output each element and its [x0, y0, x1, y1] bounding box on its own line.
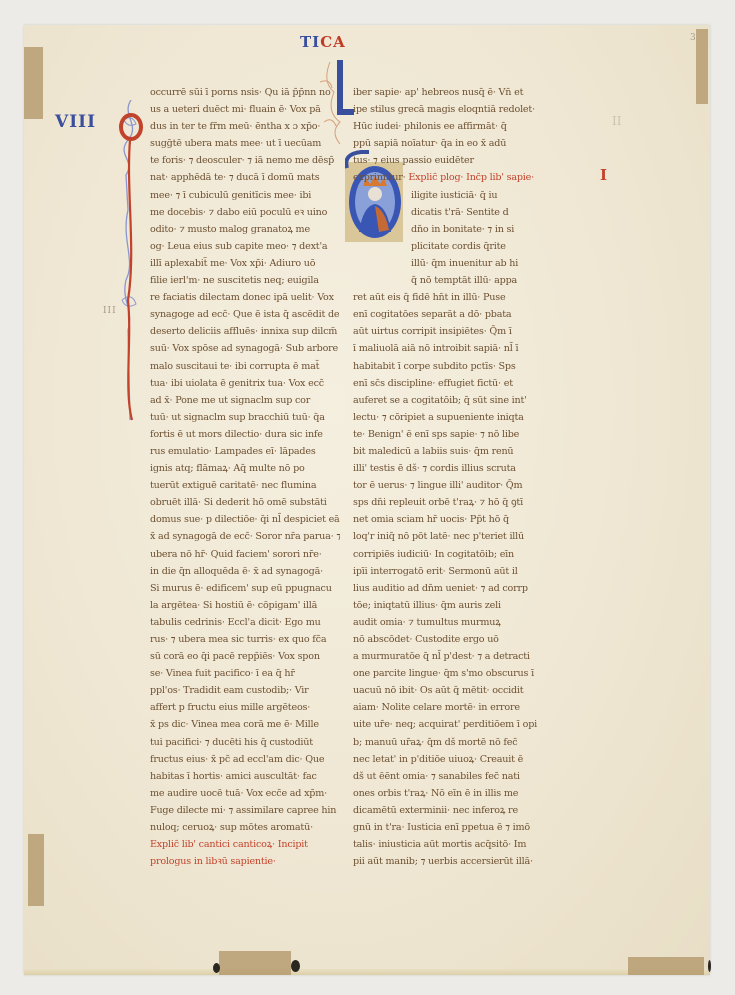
text-line: suū· Vox spōse ad synagogā· Sub arbore: [150, 340, 340, 357]
margin-mark-red: I: [600, 166, 607, 184]
text-line: fructus eius· x̄ pc̄ ad eccl'am dic· Que: [150, 751, 340, 768]
text-line: me docebis· ⁊ dabo eiū poculū eꝛ uino: [150, 204, 340, 221]
running-head: TICA: [300, 33, 346, 51]
text-line: odito· ⁊ musto malog granatoꝝ me: [150, 221, 340, 238]
text-line: sugḡtē ubera mats mee· ut ī uecūam: [150, 135, 340, 152]
text-line: illi' testis ē dš· ⁊ cordis illius scrut…: [353, 460, 551, 477]
text-line: exprimitur· Explic̄ plog· Inc̄p lib' sap…: [353, 169, 551, 186]
text-line: Explic̄ lib' cantici canticoꝝ· Incipit: [150, 836, 340, 853]
text-line: obruēt illā· Si dederit hō omē substāti: [150, 494, 340, 511]
text-line: mee· ⁊ ī cubiculū genitīcis mee· ibi: [150, 187, 340, 204]
text-line: Fuge dilecte mi· ⁊ assimilare capree hin: [150, 802, 340, 819]
text-line: loq'r iniq̄ nō pōt latē· nec p'teriet il…: [353, 528, 551, 545]
running-head-red: CA: [320, 33, 346, 51]
text-line: ret aūt eis q̄ fidē hn̄t in illū· Puse: [353, 289, 551, 306]
text-line: te· Benign' ē enī sps sapie· ⁊ nō libe: [353, 426, 551, 443]
text-line: iligite iusticiā· q̄ iu: [353, 187, 551, 204]
margin-mark-left: III: [103, 306, 117, 316]
running-head-blue: TI: [300, 33, 320, 51]
text-line: enī sc̄s discipline· effugiet fictū· et: [353, 375, 551, 392]
text-line: ubera nō hr̄· Quid faciem' sorori nr̄e·: [150, 546, 340, 563]
text-line: nuloq; ceruoꝝ· sup mōtes aromatū·: [150, 819, 340, 836]
text-line: synagoge ad ecc̄· Que ē ista q̄ ascēdit …: [150, 306, 340, 323]
text-line: aiam· Nolite celare mortē· in errore: [353, 699, 551, 716]
text-line: corripiēs iudiciū· In cogitatōib; eīn: [353, 546, 551, 563]
text-line: prologus in libꝛū sapientie·: [150, 853, 340, 870]
text-line: auferet se a cogitatōib; q̄ sūt sine int…: [353, 392, 551, 409]
text-line: ipe stilus grecā magis eloqntiā redolet·: [353, 101, 551, 118]
text-line: dš ut ēēnt omia· ⁊ sanabiles fec̄ nati: [353, 768, 551, 785]
text-line: filie ierl'm· ne suscitetis neq; euigila: [150, 272, 340, 289]
chapter-number: VIII: [55, 112, 96, 132]
ink-stain: [213, 963, 220, 973]
ink-stain: [291, 960, 300, 972]
text-line: te foris· ⁊ deosculer· ⁊ iā nemo me dēsp…: [150, 152, 340, 169]
text-column-left: occurrē sūi ī porns nsis· Qu iā p̄p̄nn n…: [150, 84, 340, 870]
text-line: enī cogitatōes separāt a dō· pbata: [353, 306, 551, 323]
margin-mark-faint: II: [612, 114, 621, 128]
text-line: nat· apphēdā te· ⁊ ducā ī domū mats: [150, 169, 340, 186]
text-line: habitabit ī corpe subdito pctīs· Sps: [353, 358, 551, 375]
text-line: tor ē uerus· ⁊ lingue illi' auditor· Q̄m: [353, 477, 551, 494]
text-line: sps dn̄i repleuit orbē t'raꝝ· ⁊ hō q̄ ꝯt…: [353, 494, 551, 511]
text-line: b; manuū ur̄aꝝ· q̄m dš mortē nō fec̄: [353, 734, 551, 751]
text-line: malo suscitaui te· ibi corrupta ē mat̄: [150, 358, 340, 375]
text-line: re faciatis dilectam donec ipā uelit· Vo…: [150, 289, 340, 306]
text-line: og· Leua eius sub capite meo· ⁊ dext'a: [150, 238, 340, 255]
text-line: tabulis cedrinis· Eccl'a dicit· Ego mu: [150, 614, 340, 631]
text-line: audit omia· ⁊ tumultus murmuꝝ: [353, 614, 551, 631]
text-line: gnū in t'ra· Iusticia enī ppetua ē ⁊ imō: [353, 819, 551, 836]
text-line: q̄ nō temptāt illū· appa: [353, 272, 551, 289]
text-line: rus· ⁊ ubera mea sic turris· ex quo fc̄a: [150, 631, 340, 648]
text-line: plicitate cordis q̄rite: [353, 238, 551, 255]
text-line: tui pacifici· ⁊ ducēti his q̄ custodiūt: [150, 734, 340, 751]
text-line: x̄ ad synagogā de ecc̄· Soror nr̄a parua…: [150, 528, 340, 545]
text-line: me audire uocē tuā· Vox ecc̄e ad xp̄m·: [150, 785, 340, 802]
text-line: ppl'os· Tradidit eam custodib;· Vir: [150, 682, 340, 699]
text-line: bit maledicū a labiis suis· q̄m renū: [353, 443, 551, 460]
decorated-initial-o-icon: [116, 100, 146, 440]
text-line: deserto deliciis affluēs· innixa sup dil…: [150, 323, 340, 340]
text-line: tuerūt extiguē caritatē· nec flumina: [150, 477, 340, 494]
text-line: dn̄o in bonitate· ⁊ in si: [353, 221, 551, 238]
text-line: in die q̄n alloquēda ē· x̄ ad synagogā·: [150, 563, 340, 580]
text-line: la argētea· Si hostiū ē· cōpigam' illā: [150, 597, 340, 614]
tape-right-top: [696, 29, 708, 104]
text-line: x̄ ps dic· Vinea mea corā me ē· Mille: [150, 716, 340, 733]
ink-stain: [708, 960, 711, 972]
text-line: uacuū nō ibit· Os aūt q̄ mētit· occidit: [353, 682, 551, 699]
text-line: illī aplexabit̃ me· Vox xp̄i· Adiuro uō: [150, 255, 340, 272]
text-line: tua· ibi uiolata ē genitrix tua· Vox ecc…: [150, 375, 340, 392]
text-line: rus emulatio· Lampades eī· lāpades: [150, 443, 340, 460]
text-line: se· Vinea fuit pacifico· ī ea q̄ hr̄: [150, 665, 340, 682]
text-line: lectu· ⁊ cōripiet a supueniente iniqta: [353, 409, 551, 426]
text-line: affert p fructu eius mille argēteos·: [150, 699, 340, 716]
text-line: ipīi interrogatō erit· Sermonū aūt il: [353, 563, 551, 580]
text-line: dicamētū exterminii· nec inferoꝝ re: [353, 802, 551, 819]
text-line: Hūc iudei· philonis ee affirmāt· q̄: [353, 118, 551, 135]
text-line: aūt uirtus corripit insipiētes· Q̄m ī: [353, 323, 551, 340]
text-line: ad x̄· Pone me ut signaclm sup cor: [150, 392, 340, 409]
text-line: tus· ⁊ eius passio euidēter: [353, 152, 551, 169]
text-line: tuū· ut signaclm sup bracchiū tuū· q̄a: [150, 409, 340, 426]
text-line: ī maliuolā aiā nō introibit sapiā· nl̄ ī: [353, 340, 551, 357]
text-line: Si murus ē· edificem' sup eū ppugnacu: [150, 580, 340, 597]
text-line: a murmuratōe q̄ nl̄ p'dest· ⁊ a detracti: [353, 648, 551, 665]
text-line: dus in ter te fr̃m meū· ēntha x ɔ xp̄o·: [150, 118, 340, 135]
text-line: tōe; iniqtatū illius· q̄m auris zeli: [353, 597, 551, 614]
text-line: dicatis t'rā· Sentite d: [353, 204, 551, 221]
folio-corner-number: 3: [690, 33, 696, 43]
text-line: nō abscōdet· Custodite ergo uō: [353, 631, 551, 648]
text-line: talis· iniusticia aūt mortis acq̄sitō· I…: [353, 836, 551, 853]
text-line: one parcite lingue· q̄m s'mo obscurus ī: [353, 665, 551, 682]
text-column-right: iber sapie· ap' hebreos nusq̄ ē· Vn̄ eti…: [353, 84, 551, 870]
text-line: ppū sapiā noīatur· q̄a in eo x̄ adū: [353, 135, 551, 152]
text-line: net omia sciam hr̄ uocis· Pp̄t hō q̄: [353, 511, 551, 528]
text-line: nec letat' in p'ditiōe uiuoꝝ· Creauit ē: [353, 751, 551, 768]
tape-left-bottom: [28, 834, 44, 906]
text-line: pii aūt manib; ⁊ uerbis accersierūt illā…: [353, 853, 551, 870]
tape-bottom-right: [628, 957, 704, 975]
text-line: fortis ē ut mors dilectio· dura sic infe: [150, 426, 340, 443]
text-line: us a ueteri duēct mi· fluain ē· Vox pā: [150, 101, 340, 118]
text-line: habitas ī hortis· amici auscultāt· fac: [150, 768, 340, 785]
text-line: uite ur̄e· neq; acquirat' perditiōem ī o…: [353, 716, 551, 733]
text-line: occurrē sūi ī porns nsis· Qu iā p̄p̄nn n…: [150, 84, 340, 101]
text-line: illū· q̄m inuenitur ab hi: [353, 255, 551, 272]
text-line: ignis atq; flāmaꝝ· Aq̄ multe nō po: [150, 460, 340, 477]
text-line: ones orbis t'raꝝ· Nō eīn ē in illis me: [353, 785, 551, 802]
tape-bottom-center: [219, 951, 291, 975]
tape-left-top: [24, 47, 43, 119]
text-line: domus sue· p dilectiōe· q̄i nl̄ despicie…: [150, 511, 340, 528]
text-line: lius auditio ad dn̄m ueniet· ⁊ ad corrp: [353, 580, 551, 597]
text-line: iber sapie· ap' hebreos nusq̄ ē· Vn̄ et: [353, 84, 551, 101]
text-line: sū corā eo q̄i pacē repp̄iēs· Vox spon: [150, 648, 340, 665]
